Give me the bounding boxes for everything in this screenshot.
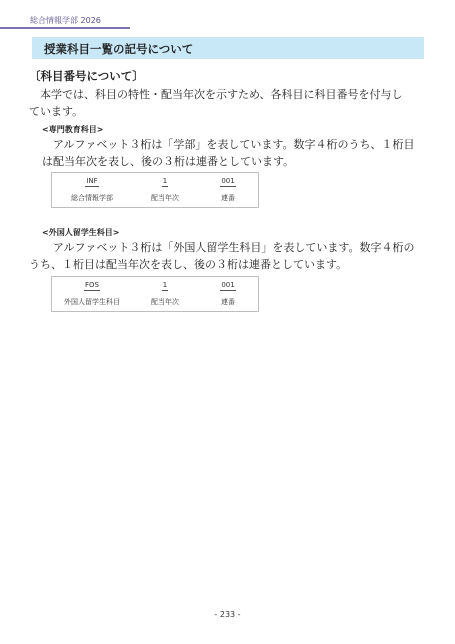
code-example-senmon: INF 総合情報学部 1 配当年次 001 連番 <box>51 172 259 208</box>
running-header: 総合情報学部 2026 <box>30 15 101 26</box>
senmon-line-1: アルファベット３桁は「学部」を表しています。数字４桁のうち、１桁目 <box>42 136 414 153</box>
code-serial: 001 連番 <box>198 177 258 203</box>
code-year: 1 配当年次 <box>132 281 198 307</box>
code-faculty: INF 総合情報学部 <box>52 177 132 203</box>
code-serial: 001 連番 <box>198 281 258 307</box>
page-title: 授業科目一覧の記号について <box>44 41 193 57</box>
header-rule <box>0 27 130 29</box>
page-title-bar: 授業科目一覧の記号について <box>32 37 424 59</box>
page-number: - 233 - <box>0 610 455 619</box>
foreign-line-1: アルファベット３桁は「外国人留学生科目」を表しています。数字４桁の <box>42 239 414 256</box>
sub-heading-senmon: <専門教育科目> <box>42 124 103 135</box>
intro-line-2: ています。 <box>29 103 83 120</box>
code-category: FOS 外国人留学生科目 <box>52 281 132 307</box>
section-heading: 〔科目番号について〕 <box>29 68 144 84</box>
code-example-foreign: FOS 外国人留学生科目 1 配当年次 001 連番 <box>51 276 259 312</box>
code-year: 1 配当年次 <box>132 177 198 203</box>
sub-heading-foreign: <外国人留学生科目> <box>42 227 119 238</box>
intro-line-1: 本学では、科目の特性・配当年次を示すため、各科目に科目番号を付与し <box>29 86 403 103</box>
foreign-line-2: うち、１桁目は配当年次を表し、後の３桁は連番としています。 <box>29 256 347 273</box>
senmon-line-2: は配当年次を表し、後の３桁は連番としています。 <box>42 153 294 170</box>
